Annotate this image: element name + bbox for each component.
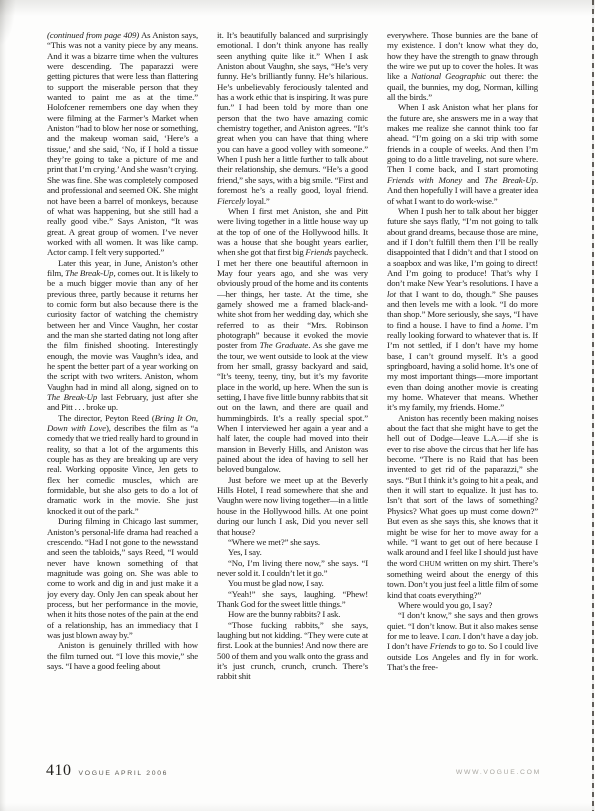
- paragraph: You must be glad now, I say.: [217, 578, 368, 588]
- text-column-2: it. It’s beautifully balanced and surpri…: [217, 30, 368, 748]
- paragraph: When I push her to talk about her bigger…: [387, 206, 538, 413]
- page-edge-line: [592, 0, 594, 811]
- paragraph: “Yeah!” she says, laughing. “Phew! Thank…: [217, 589, 368, 610]
- paragraph: When I first met Aniston, she and Pitt w…: [217, 206, 368, 475]
- text-column-3: everywhere. Those bunnies are the bane o…: [387, 30, 538, 748]
- paragraph: “I don’t know,” she says and then grows …: [387, 610, 538, 672]
- paragraph: How are the bunny rabbits? I ask.: [217, 609, 368, 619]
- magazine-page: (continued from page 409) As Aniston say…: [0, 0, 595, 811]
- paragraph: “Those fucking rabbits,” she says, laugh…: [217, 620, 368, 682]
- scan-edge-top: [0, 0, 595, 16]
- paragraph: “Where we met?” she says.: [217, 537, 368, 547]
- footer-left: 410 VOGUE APRIL 2006: [46, 762, 168, 780]
- paragraph: When I ask Aniston what her plans for th…: [387, 102, 538, 205]
- scan-corner-smudge: [0, 0, 16, 46]
- scan-edge-bottom: [0, 803, 595, 811]
- paragraph: everywhere. Those bunnies are the bane o…: [387, 30, 538, 102]
- website-label: WWW.VOGUE.COM: [456, 769, 541, 776]
- paragraph: Aniston is genuinely thrilled with how t…: [47, 640, 198, 671]
- paragraph: Where would you go, I say?: [387, 600, 538, 610]
- page-number: 410: [46, 762, 72, 780]
- magazine-date-label: VOGUE APRIL 2006: [79, 770, 169, 777]
- paragraph: it. It’s beautifully balanced and surpri…: [217, 30, 368, 206]
- paragraph: The director, Peyton Reed (Bring It On, …: [47, 413, 198, 516]
- paragraph: Aniston has recently been making noises …: [387, 413, 538, 600]
- paragraph: (continued from page 409) As Aniston say…: [47, 30, 198, 258]
- article-text-columns: (continued from page 409) As Aniston say…: [47, 30, 539, 748]
- paragraph: “No, I’m living there now,” she says. “I…: [217, 558, 368, 579]
- paragraph: During filming in Chicago last summer, A…: [47, 516, 198, 640]
- paragraph: Just before we meet up at the Beverly Hi…: [217, 475, 368, 537]
- scan-edge-left: [0, 0, 6, 811]
- text-column-1: (continued from page 409) As Aniston say…: [47, 30, 198, 748]
- paragraph: Yes, I say.: [217, 547, 368, 557]
- paragraph: Later this year, in June, Aniston’s othe…: [47, 258, 198, 413]
